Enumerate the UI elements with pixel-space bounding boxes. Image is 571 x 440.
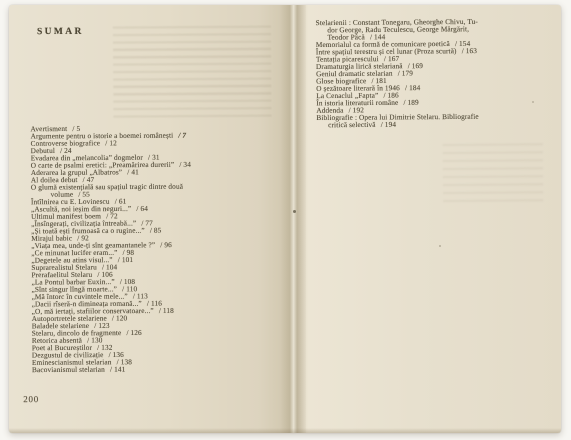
showthrough-texture [443, 143, 543, 204]
toc-entry-page-ref: / 96 [160, 241, 172, 249]
toc-entry-line: Bacovianismul stelarian/ 141 [32, 365, 280, 374]
toc-entry: O glumă existențială sau spațiul tragic … [31, 183, 279, 199]
page-number: 200 [23, 394, 39, 404]
toc-entry-page-ref: / 189 [403, 99, 418, 107]
toc-entry: Bacovianismul stelarian/ 141 [32, 365, 280, 374]
toc-entry-line: critică selectivă/ 194 [316, 120, 561, 129]
toc-entry-page-ref: / 85 [150, 227, 162, 235]
toc-entry-page-ref: / 126 [126, 329, 141, 337]
toc-entry-page-ref: / 141 [110, 366, 125, 374]
toc-entry-page-ref: / 12 [105, 139, 117, 147]
toc-entry: Bibliografie : Opera lui Dimitrie Stelar… [316, 113, 561, 130]
toc-entry-page-ref: / 120 [112, 315, 127, 323]
toc-heading: SUMAR [37, 27, 84, 37]
toc-entry-page-ref: / 184 [405, 84, 420, 92]
toc-entry-page-ref: / 101 [118, 256, 133, 264]
toc-entry-page-ref: / 179 [398, 70, 413, 78]
toc-entry-page-ref: / 41 [127, 169, 139, 177]
showthrough-texture [113, 26, 272, 123]
toc-entry-page-ref: / 118 [159, 307, 174, 315]
toc-list-left: Avertisment/ 5Argumente pentru o istorie… [31, 125, 281, 375]
toc-entry: Stelarienii : Constant Tonegaru, Gheorgh… [316, 18, 561, 42]
right-page: Stelarienii : Constant Tonegaru, Gheorgh… [292, 5, 561, 433]
left-page: SUMAR Avertisment/ 5Argumente pentru o i… [9, 5, 292, 433]
toc-entry-page-ref: / 163 [462, 47, 477, 55]
toc-entry-page-ref: / 34 [179, 161, 191, 169]
book-spread: SUMAR Avertisment/ 5Argumente pentru o i… [9, 5, 561, 433]
toc-entry-page-ref: / 194 [381, 121, 396, 129]
toc-list-right: Stelarienii : Constant Tonegaru, Gheorgh… [316, 18, 561, 129]
book-scan: SUMAR Avertisment/ 5Argumente pentru o i… [0, 0, 571, 440]
toc-entry-page-ref: / 7 [178, 132, 186, 140]
toc-entry-page-ref: / 64 [136, 205, 148, 213]
